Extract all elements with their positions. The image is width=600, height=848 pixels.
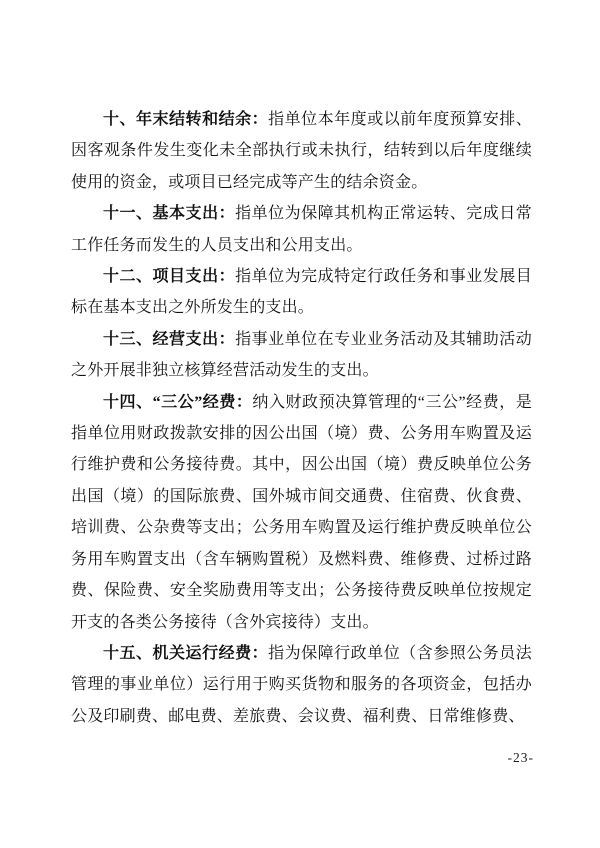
term-definition: 纳入财政预决算管理的“三公”经费，是指单位用财政拨款安排的因公出国（境）费、公务…	[71, 394, 532, 631]
paragraph-year-end-carryover: 十、年末结转和结余：指单位本年度或以前年度预算安排、因客观条件发生变化未全部执行…	[71, 104, 532, 198]
term-heading: 十四、“三公”经费：	[103, 394, 252, 411]
term-heading: 十、年末结转和结余：	[103, 111, 268, 128]
paragraph-operating-expenditure: 十三、经营支出：指事业单位在专业业务活动及其辅助活动之外开展非独立核算经营活动发…	[71, 324, 532, 387]
paragraph-agency-operating-funds: 十五、机关运行经费：指为保障行政单位（含参照公务员法管理的事业单位）运行用于购买…	[71, 638, 532, 732]
document-page: 十、年末结转和结余：指单位本年度或以前年度预算安排、因客观条件发生变化未全部执行…	[0, 0, 600, 848]
paragraph-three-public-funds: 十四、“三公”经费：纳入财政预决算管理的“三公”经费，是指单位用财政拨款安排的因…	[71, 387, 532, 638]
term-heading: 十一、基本支出：	[103, 205, 235, 222]
paragraph-project-expenditure: 十二、项目支出：指单位为完成特定行政任务和事业发展目标在基本支出之外所发生的支出…	[71, 261, 532, 324]
term-heading: 十五、机关运行经费：	[103, 645, 268, 662]
paragraph-basic-expenditure: 十一、基本支出：指单位为保障其机构正常运转、完成日常工作任务而发生的人员支出和公…	[71, 198, 532, 261]
document-text-block: 十、年末结转和结余：指单位本年度或以前年度预算安排、因客观条件发生变化未全部执行…	[71, 104, 532, 732]
page-number: -23-	[508, 750, 535, 766]
term-heading: 十三、经营支出：	[103, 331, 235, 348]
term-heading: 十二、项目支出：	[103, 268, 235, 285]
